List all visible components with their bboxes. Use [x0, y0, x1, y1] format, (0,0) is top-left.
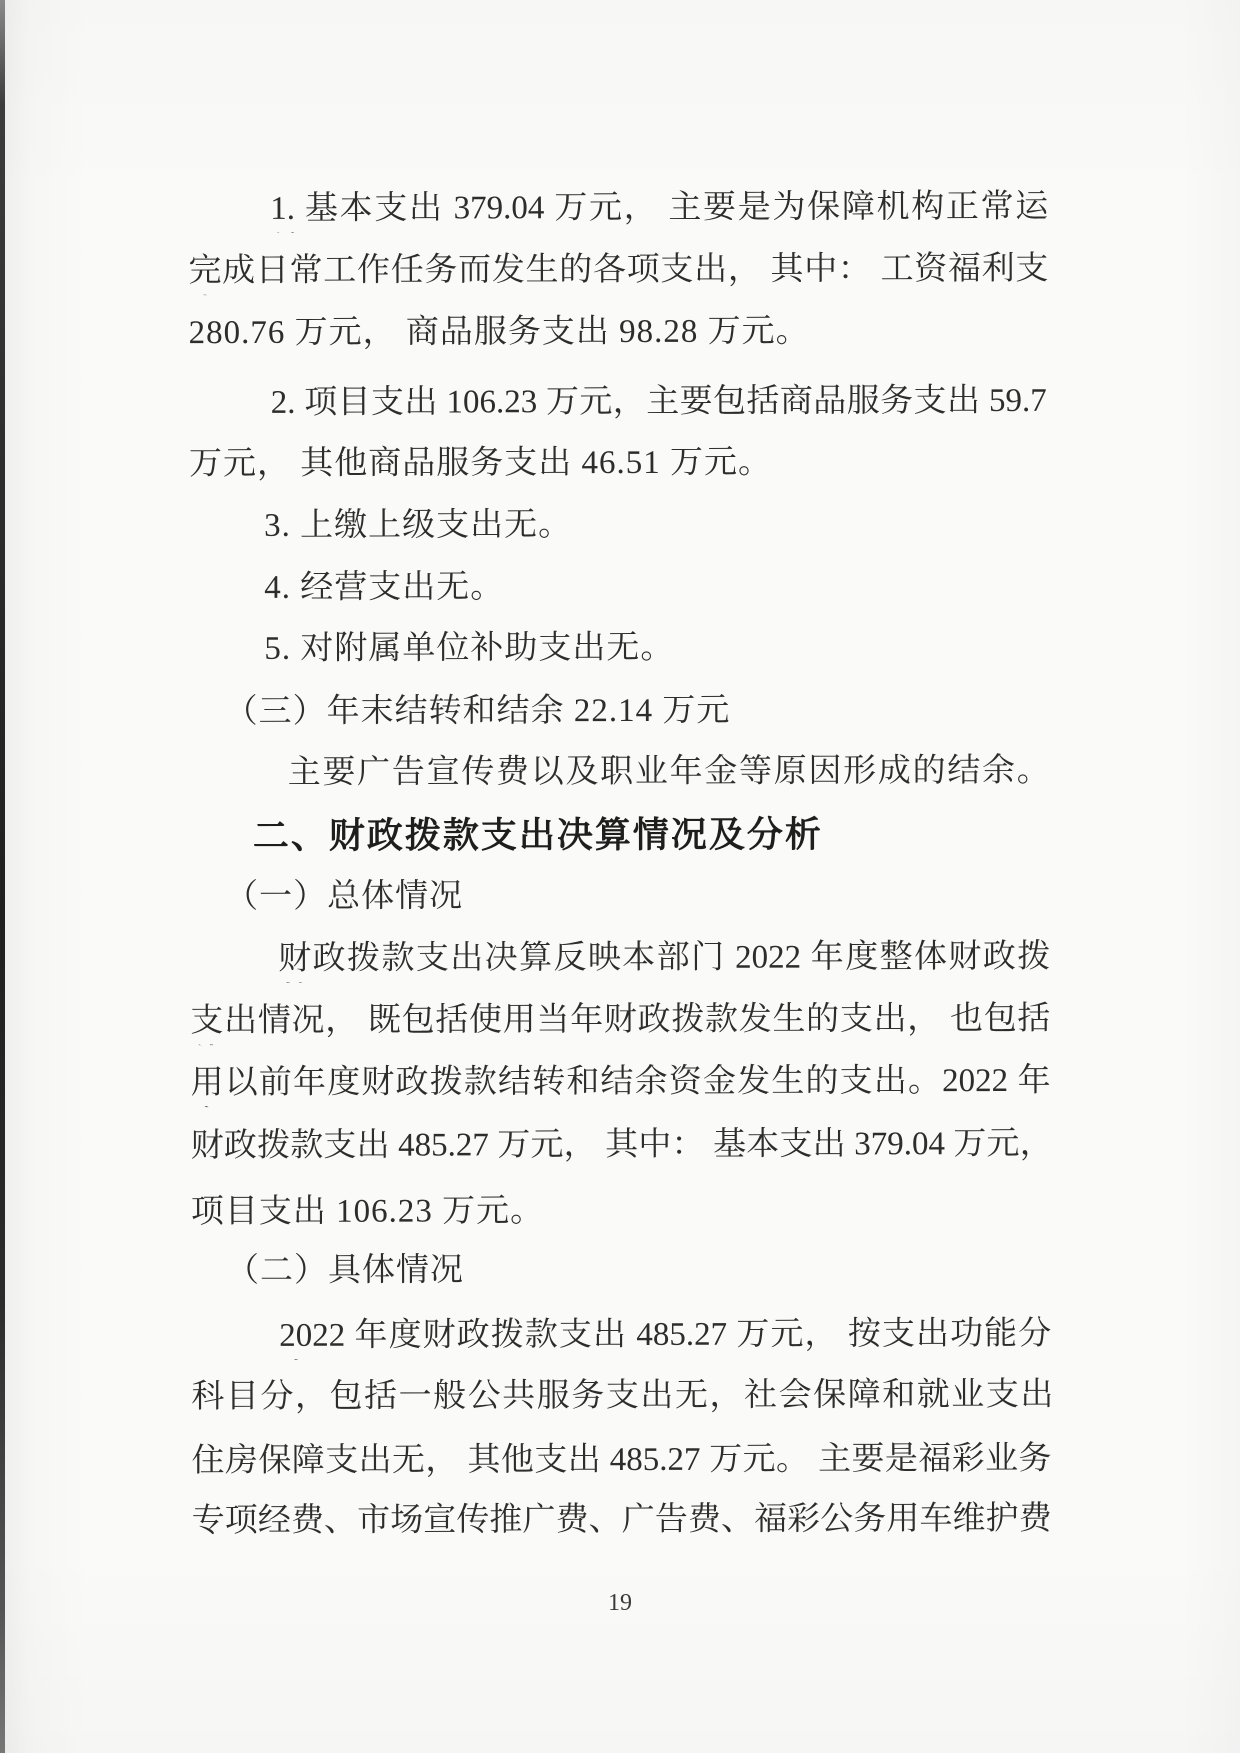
text-line: 科目分，包括一般公共服务支出无，社会保障和就业支出无， [191, 1375, 1053, 1421]
scanned-document-page: 1. 基本支出 379.04 万元， 主要是为保障机构正常运转、完成日常工作任务… [0, 0, 1240, 1753]
document-text: 1. 基本支出 379.04 万元， 主要是为保障机构正常运转、完成日常工作任务… [0, 0, 1240, 1753]
text-line: 住房保障支出无， 其他支出 485.27 万元。 主要是福彩业务 [191, 1439, 1051, 1485]
text-line: 主要广告宣传费以及职业年金等原因形成的结余。 [288, 751, 1050, 797]
text-line: 280.76 万元， 商品服务支出 98.28 万元。 [189, 312, 810, 355]
text-line: （二）具体情况 [226, 1250, 464, 1292]
text-line: 1. 基本支出 379.04 万元， 主要是为保障机构正常运转、 [270, 187, 1048, 233]
text-line: 专项经费、市场宣传推广费、广告费、福彩公务用车维护费 [192, 1499, 1052, 1545]
page-number: 19 [0, 1590, 1240, 1617]
text-line: 3. 上缴上级支出无。 [264, 505, 572, 547]
text-line: 财政拨款支出 485.27 万元， 其中： 基本支出 379.04 万元， [191, 1124, 1053, 1170]
text-line: 财政拨款支出决算反映本部门 2022 年度整体财政拨款 [278, 937, 1050, 983]
text-line: 完成日常工作任务而发生的各项支出， 其中： 工资福利支出 [188, 249, 1048, 295]
section-heading: 二、财政拨款支出决算情况及分析 [253, 811, 823, 857]
text-line: 5. 对附属单位补助支出无。 [264, 628, 674, 670]
text-line: 2. 项目支出 106.23 万元，主要包括商品服务支出 59.72 [271, 381, 1047, 427]
text-line: 4. 经营支出无。 [264, 567, 504, 609]
text-line: 万元， 其他商品服务支出 46.51 万元。 [189, 443, 772, 486]
text-line: （一）总体情况 [225, 876, 463, 918]
text-line: （三）年末结转和结余 22.14 万元 [225, 691, 731, 734]
text-line: 支出情况， 既包括使用当年财政拨款发生的支出， 也包括使 [190, 999, 1050, 1045]
text-line: 用以前年度财政拨款结转和结余资金发生的支出。2022 年度 [190, 1061, 1050, 1107]
text-line: 2022 年度财政拨款支出 485.27 万元， 按支出功能分类 [279, 1314, 1051, 1360]
text-line: 项目支出 106.23 万元。 [191, 1191, 544, 1233]
